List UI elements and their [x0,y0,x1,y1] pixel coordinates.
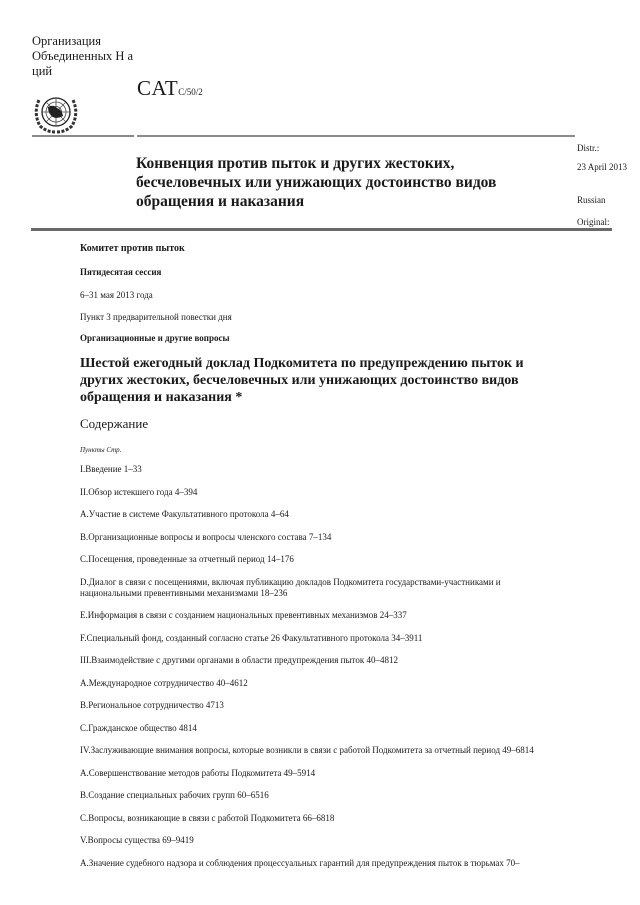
original-label: Original: [577,217,610,228]
toc-item[interactable]: B.Региональное сотрудничество 4713 [80,700,550,711]
toc-item[interactable]: V.Вопросы существа 69–9419 [80,835,550,846]
toc-item[interactable]: D.Диалог в связи с посещениями, включая … [80,577,550,599]
toc-item[interactable]: I.Введение 1–33 [80,464,550,475]
document-language: Russian [577,195,606,206]
toc-item[interactable]: A.Значение судебного надзора и соблюдени… [80,858,550,869]
toc-item[interactable]: E.Информация в связи с созданием национа… [80,610,550,621]
toc-item[interactable]: A.Участие в системе Факультативного прот… [80,509,550,520]
organization-name: Организация Объединенных Н а ций [32,34,142,79]
toc-item[interactable]: F.Специальный фонд, созданный согласно с… [80,633,550,644]
agenda-item: Пункт 3 предварительной повестки дня [80,312,232,322]
contents-column-labels: Пункты Стр. [80,446,121,454]
agenda-heading: Организационные и другие вопросы [80,333,230,343]
session-name: Пятидесятая сессия [80,267,161,277]
committee-name: Комитет против пыток [80,243,185,254]
toc-item[interactable]: C.Посещения, проведенные за отчетный пер… [80,554,550,565]
un-emblem-icon [31,92,81,134]
toc-item[interactable]: A.Совершенствование методов работы Подко… [80,768,550,779]
header-bottom-rule [31,228,612,231]
toc-item[interactable]: C.Гражданское общество 4814 [80,723,550,734]
table-of-contents: I.Введение 1–33 II.Обзор истекшего года … [80,464,550,880]
header-rule-right [137,135,575,137]
toc-item[interactable]: A.Международное сотрудничество 40–4612 [80,678,550,689]
toc-item[interactable]: B.Организационные вопросы и вопросы член… [80,532,550,543]
session-dates: 6–31 мая 2013 года [80,290,153,300]
symbol-sub: C/50/2 [178,87,203,97]
toc-item[interactable]: IV.Заслуживающие внимания вопросы, котор… [80,745,550,756]
toc-item[interactable]: C.Вопросы, возникающие в связи с работой… [80,813,550,824]
distribution-label: Distr.: [577,143,599,154]
toc-item[interactable]: III.Взаимодействие с другими органами в … [80,655,550,666]
document-date: 23 April 2013 [577,162,627,173]
convention-title: Конвенция против пыток и других жестоких… [136,154,556,211]
document-symbol: CATC/50/2 [137,76,203,101]
toc-item[interactable]: B.Создание специальных рабочих групп 60–… [80,790,550,801]
toc-item[interactable]: II.Обзор истекшего года 4–394 [80,487,550,498]
symbol-main: CAT [137,76,178,100]
header-rule-left [32,135,134,137]
contents-heading: Содержание [80,416,148,432]
report-title: Шестой ежегодный доклад Подкомитета по п… [80,355,560,406]
